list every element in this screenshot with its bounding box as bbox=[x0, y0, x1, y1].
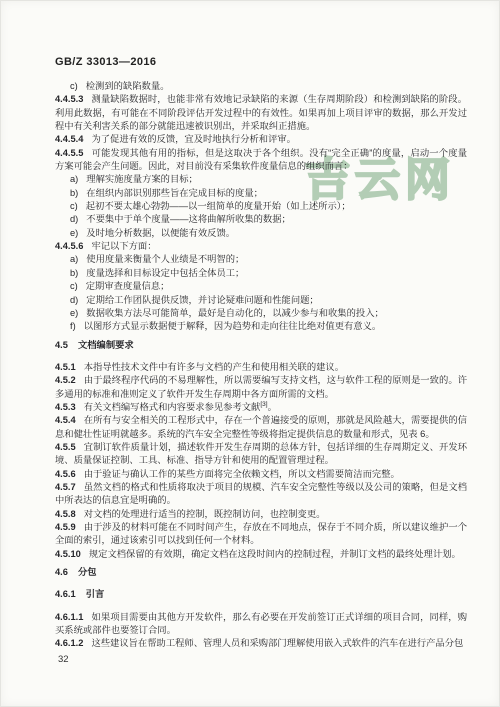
list-item-text: 及时地分析数据，以便能有效反馈。 bbox=[86, 228, 235, 238]
section-heading: 4.6.1引言 bbox=[55, 588, 467, 601]
clause-paragraph: 4.4.5.5可能发现其他有用的指标，但是这取决于各个组织。没有“完全正确”的度… bbox=[55, 147, 467, 174]
list-marker: a) bbox=[70, 174, 78, 184]
clause-paragraph: 4.5.7虽然文档的格式和性质将取决于项目的规模、汽车安全完整性等级以及公司的策… bbox=[55, 481, 467, 508]
list-item-text: 使用度量来衡量个人业绩是不明智的； bbox=[86, 254, 244, 264]
clause-text: 由于最终程序代码的不易理解性，所以需要编写支持文档，这与软件工程的原则是一致的。… bbox=[55, 375, 467, 398]
clause-text: 由于验证与确认工作的某些方面将完全依赖文档，所以文档需要简洁而完整。 bbox=[84, 469, 400, 479]
page-number: 32 bbox=[58, 654, 69, 665]
clause-paragraph: 4.5.1本指导性技术文件中有许多与文档的产生和使用相关联的建议。 bbox=[55, 361, 467, 374]
clause-text: 文档编制要求 bbox=[78, 340, 134, 350]
clause-paragraph: 4.5.4在所有与安全相关的工程形式中，存在一个普遍接受的原则，那就是风险越大，… bbox=[55, 414, 467, 441]
clause-number: 4.5.9 bbox=[55, 522, 76, 532]
clause-paragraph: 4.4.5.4为了促进有效的反馈，宜及时地执行分析和评审。 bbox=[55, 133, 467, 146]
clause-paragraph: 4.4.5.6牢记以下方面： bbox=[55, 240, 467, 253]
clause-number: 4.5.10 bbox=[55, 549, 81, 559]
list-marker: c) bbox=[70, 201, 78, 211]
clause-text: 如果项目需要由其他方开发软件，那么有必要在开发前签订正式详细的项目合同，同样，购… bbox=[55, 612, 467, 635]
list-marker: e) bbox=[70, 228, 78, 238]
clause-text-tail: 。 bbox=[268, 402, 277, 412]
clause-number: 4.6.1.1 bbox=[55, 612, 83, 622]
standard-number-header: GB/Z 33013—2016 bbox=[55, 56, 156, 68]
list-marker: c) bbox=[70, 281, 78, 291]
list-item-text: 定期审查度量信息； bbox=[86, 281, 170, 291]
list-marker: d) bbox=[70, 214, 78, 224]
list-marker: c) bbox=[70, 81, 78, 91]
clause-text: 虽然文档的格式和性质将取决于项目的规模、汽车安全完整性等级以及公司的策略，但是文… bbox=[55, 482, 467, 505]
clause-text: 牢记以下方面： bbox=[91, 241, 156, 251]
clause-number: 4.5.1 bbox=[55, 362, 76, 372]
clause-number: 4.5.5 bbox=[55, 442, 76, 452]
clause-paragraph: 4.4.5.3测量缺陷数据时，也能非常有效地记录缺陷的来源（生存周期阶段）和检测… bbox=[55, 93, 467, 133]
clause-text: 可能发现其他有用的指标，但是这取决于各个组织。没有“完全正确”的度量，启动一个度… bbox=[55, 148, 467, 171]
clause-paragraph: 4.6.1.2这些建议旨在帮助工程师、管理人员和采购部门理解使用嵌入式软件的汽车… bbox=[55, 637, 467, 650]
section-heading: 4.5文档编制要求 bbox=[55, 339, 467, 352]
clause-paragraph: 4.6.1.1如果项目需要由其他方开发软件，那么有必要在开发前签订正式详细的项目… bbox=[55, 611, 467, 638]
list-item-text: 不要集中于单个度量——这将曲解所收集的数据； bbox=[86, 214, 291, 224]
clause-number: 4.5.7 bbox=[55, 482, 76, 492]
clause-text: 分包 bbox=[78, 567, 97, 577]
clause-paragraph: 4.5.10规定文档保留的有效期，确定文档在这段时间内的控制过程，并制订文档的最… bbox=[55, 548, 467, 561]
document-body: c)检测到的缺陷数量。4.4.5.3测量缺陷数据时，也能非常有效地记录缺陷的来源… bbox=[55, 80, 467, 651]
section-heading: 4.6分包 bbox=[55, 566, 467, 579]
list-marker: a) bbox=[70, 254, 78, 264]
list-item: d)定期给工作团队提供反馈，并讨论疑难问题和性能问题； bbox=[55, 294, 467, 307]
list-item: c)定期审查度量信息； bbox=[55, 280, 467, 293]
clause-number: 4.5.6 bbox=[55, 469, 76, 479]
clause-paragraph: 4.5.3有关文档编写格式和内容要求参见参考文献[3]。 bbox=[55, 401, 467, 414]
clause-paragraph: 4.5.6由于验证与确认工作的某些方面将完全依赖文档，所以文档需要简洁而完整。 bbox=[55, 468, 467, 481]
clause-number: 4.5.3 bbox=[55, 402, 76, 412]
list-marker: e) bbox=[70, 308, 78, 318]
list-item: c)检测到的缺陷数量。 bbox=[55, 80, 467, 93]
clause-paragraph: 4.5.9由于涉及的材料可能在不同时间产生，存放在不同地点，保存于不同介质，所以… bbox=[55, 521, 467, 548]
clause-text: 为了促进有效的反馈，宜及时地执行分析和评审。 bbox=[91, 134, 296, 144]
list-item-text: 理解实施度量方案的目标； bbox=[86, 174, 198, 184]
list-item: e)数据收集方法尽可能简单，最好是自动化的，以减少参与和收集的投入； bbox=[55, 307, 467, 320]
list-item: d)不要集中于单个度量——这将曲解所收集的数据； bbox=[55, 213, 467, 226]
list-item-text: 以图形方式显示数据便于解释，因为趋势和走向往往比绝对值更有意义。 bbox=[84, 321, 382, 331]
list-item-text: 检测到的缺陷数量。 bbox=[86, 81, 170, 91]
list-item: b)在组织内部识别那些旨在完成目标的度量； bbox=[55, 187, 467, 200]
clause-text: 规定文档保留的有效期，确定文档在这段时间内的控制过程，并制订文档的最终处理计划。 bbox=[89, 549, 461, 559]
clause-text: 对文档的处理进行适当的控制，既控制访问，也控制变更。 bbox=[84, 509, 326, 519]
list-item-text: 数据收集方法尽可能简单，最好是自动化的，以减少参与和收集的投入； bbox=[86, 308, 384, 318]
clause-number: 4.5.2 bbox=[55, 375, 76, 385]
list-item-text: 度量选择和目标设定中包括全体员工； bbox=[86, 268, 244, 278]
clause-paragraph: 4.5.5宜制订软件质量计划，描述软件开发生存周期的总体方针，包括详细的生存周期… bbox=[55, 441, 467, 468]
clause-paragraph: 4.5.8对文档的处理进行适当的控制，既控制访问，也控制变更。 bbox=[55, 508, 467, 521]
document-page: GB/Z 33013—2016 吉云网 c)检测到的缺陷数量。4.4.5.3测量… bbox=[0, 0, 500, 707]
clause-number: 4.4.5.4 bbox=[55, 134, 83, 144]
list-marker: b) bbox=[70, 188, 78, 198]
list-item: c)起初不要太雄心勃勃——以一组简单的度量开始（如上述所示）； bbox=[55, 200, 467, 213]
clause-number: 4.4.5.3 bbox=[55, 94, 83, 104]
clause-text: 引言 bbox=[86, 589, 105, 599]
list-item-text: 在组织内部识别那些旨在完成目标的度量； bbox=[86, 188, 263, 198]
clause-number: 4.5.4 bbox=[55, 415, 76, 425]
list-item-text: 起初不要太雄心勃勃——以一组简单的度量开始（如上述所示）； bbox=[86, 201, 351, 211]
clause-text: 由于涉及的材料可能在不同时间产生，存放在不同地点，保存于不同介质，所以建议维护一… bbox=[55, 522, 467, 545]
list-item: a)使用度量来衡量个人业绩是不明智的； bbox=[55, 253, 467, 266]
clause-number: 4.5 bbox=[55, 340, 68, 350]
clause-text: 在所有与安全相关的工程形式中，存在一个普遍接受的原则，那就是风险越大，需要提供的… bbox=[55, 415, 467, 438]
clause-paragraph: 4.5.2由于最终程序代码的不易理解性，所以需要编写支持文档，这与软件工程的原则… bbox=[55, 374, 467, 401]
clause-number: 4.6.1.2 bbox=[55, 638, 83, 648]
clause-number: 4.4.5.6 bbox=[55, 241, 83, 251]
clause-text: 宜制订软件质量计划，描述软件开发生存周期的总体方针，包括详细的生存周期定义、开发… bbox=[55, 442, 467, 465]
list-item: b)度量选择和目标设定中包括全体员工； bbox=[55, 267, 467, 280]
clause-number: 4.5.8 bbox=[55, 509, 76, 519]
list-item: a)理解实施度量方案的目标； bbox=[55, 173, 467, 186]
list-item: f)以图形方式显示数据便于解释，因为趋势和走向往往比绝对值更有意义。 bbox=[55, 320, 467, 333]
list-item: e)及时地分析数据，以便能有效反馈。 bbox=[55, 227, 467, 240]
list-marker: b) bbox=[70, 268, 78, 278]
clause-number: 4.6 bbox=[55, 567, 68, 577]
clause-text: 有关文档编写格式和内容要求参见参考文献 bbox=[84, 402, 261, 412]
list-marker: d) bbox=[70, 295, 78, 305]
clause-text: 测量缺陷数据时，也能非常有效地记录缺陷的来源（生存周期阶段）和检测到缺陷的阶段。… bbox=[55, 94, 467, 131]
clause-text: 这些建议旨在帮助工程师、管理人员和采购部门理解使用嵌入式软件的汽车在进行产品分包 bbox=[91, 638, 463, 648]
list-item-text: 定期给工作团队提供反馈，并讨论疑难问题和性能问题； bbox=[86, 295, 318, 305]
clause-number: 4.6.1 bbox=[55, 589, 76, 599]
clause-text: 本指导性技术文件中有许多与文档的产生和使用相关联的建议。 bbox=[84, 362, 344, 372]
clause-number: 4.4.5.5 bbox=[55, 148, 83, 158]
list-marker: f) bbox=[70, 321, 76, 331]
reference-superscript: [3] bbox=[260, 401, 267, 408]
